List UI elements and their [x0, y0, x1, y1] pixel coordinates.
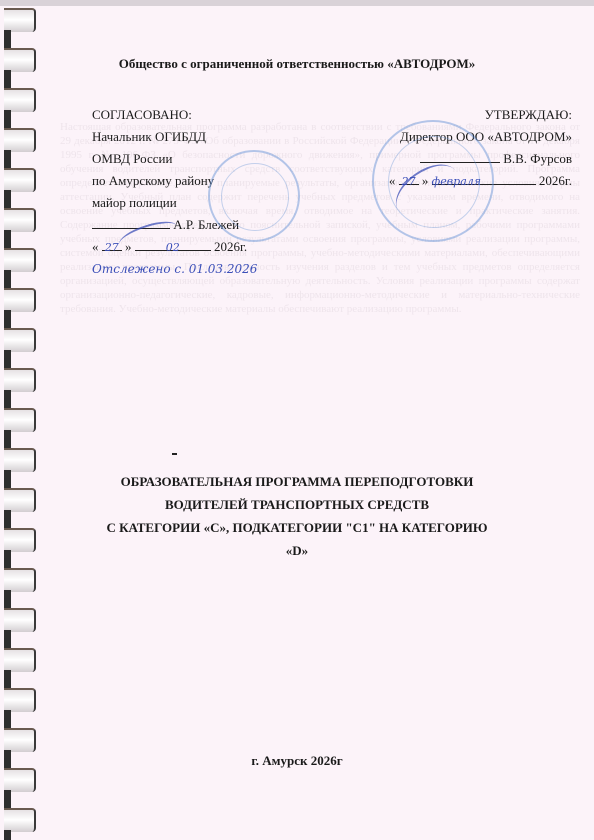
binding-ring — [4, 168, 36, 192]
binding-ring — [4, 808, 36, 832]
title-line: С КАТЕГОРИИ «С», ПОДКАТЕГОРИИ "С1" НА КА… — [0, 516, 594, 539]
binding-ring — [4, 568, 36, 592]
agreed-date-day: 27 — [105, 241, 119, 254]
agreed-heading: СОГЛАСОВАНО: — [92, 104, 257, 126]
binding-post — [4, 390, 11, 408]
binding-post — [4, 430, 11, 448]
binding-post — [4, 110, 11, 128]
binding-post — [4, 70, 11, 88]
official-stamp-gibdd — [208, 150, 300, 242]
binding-ring — [4, 768, 36, 792]
binding-post — [4, 710, 11, 728]
binding-post — [4, 590, 11, 608]
binding-ring — [4, 728, 36, 752]
binding-ring — [4, 368, 36, 392]
binding-ring — [4, 608, 36, 632]
document-page: Настоящая образовательная программа разр… — [0, 0, 594, 840]
binding-post — [4, 830, 11, 840]
binding-post — [4, 670, 11, 688]
program-title: ОБРАЗОВАТЕЛЬНАЯ ПРОГРАММА ПЕРЕПОДГОТОВКИ… — [0, 470, 594, 562]
binding-ring — [4, 288, 36, 312]
binding-post — [4, 310, 11, 328]
approved-date-year: 2026г. — [539, 173, 572, 188]
title-line: ВОДИТЕЛЕЙ ТРАНСПОРТНЫХ СРЕДСТВ — [0, 493, 594, 516]
binding-ring — [4, 208, 36, 232]
binding-ring — [4, 408, 36, 432]
title-line: «D» — [0, 539, 594, 562]
binding-ring — [4, 688, 36, 712]
agreed-date-month: 02 — [166, 241, 180, 254]
stray-mark — [172, 453, 177, 455]
binding-post — [4, 630, 11, 648]
binding-ring — [4, 648, 36, 672]
organization-name: Общество с ограниченной ответственностью… — [0, 56, 594, 72]
title-line: ОБРАЗОВАТЕЛЬНАЯ ПРОГРАММА ПЕРЕПОДГОТОВКИ — [0, 470, 594, 493]
binding-post — [4, 230, 11, 248]
handwritten-note: Отслежено с. 01.03.2026 — [92, 258, 257, 280]
spiral-binding — [0, 0, 40, 840]
binding-ring — [4, 88, 36, 112]
binding-post — [4, 190, 11, 208]
agreed-date-year: 2026г. — [214, 239, 247, 254]
binding-post — [4, 270, 11, 288]
city-year: г. Амурск 2026г — [0, 753, 594, 769]
binding-post — [4, 790, 11, 808]
binding-ring — [4, 8, 36, 32]
binding-ring — [4, 248, 36, 272]
binding-post — [4, 150, 11, 168]
agreed-date: « 27 » 02 2026г. — [92, 236, 257, 258]
agreed-line: Начальник ОГИБДД — [92, 126, 257, 148]
binding-post — [4, 350, 11, 368]
approved-signatory: В.В. Фурсов — [503, 151, 572, 166]
binding-ring — [4, 448, 36, 472]
binding-post — [4, 30, 11, 48]
page-top-edge — [0, 0, 594, 6]
binding-ring — [4, 128, 36, 152]
binding-ring — [4, 328, 36, 352]
